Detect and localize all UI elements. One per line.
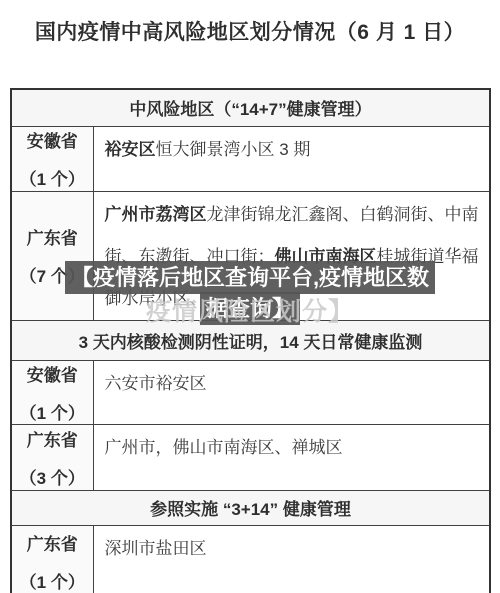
area-text: 广州市，佛山市南海区、禅城区 [105,438,343,457]
area-text: 六安市裕安区 [105,374,207,393]
areas-cell: 广州市，佛山市南海区、禅城区 [93,424,490,490]
province-count: （1 个） [14,165,91,190]
area-text: 深圳市盐田区 [105,539,207,558]
areas-cell: 六安市裕安区 [93,360,490,424]
province-name: 安徽省 [14,127,91,152]
province-count: （1 个） [14,568,91,593]
table-row: 安徽省（1 个）裕安区恒大御景湾小区 3 期 [11,126,490,191]
risk-area-table: 中风险地区（“14+7”健康管理）安徽省（1 个）裕安区恒大御景湾小区 3 期广… [10,88,491,593]
page: 国内疫情中高风险地区划分情况（6 月 1 日） 中风险地区（“14+7”健康管理… [0,0,500,593]
risk-table-body: 中风险地区（“14+7”健康管理）安徽省（1 个）裕安区恒大御景湾小区 3 期广… [11,89,490,593]
areas-cell: 裕安区恒大御景湾小区 3 期 [93,126,490,191]
watermark-text: 【疫情落后地区查询平台,疫情地区数据查询】 [65,261,435,325]
province-cell: 安徽省（1 个） [11,126,93,191]
province-name: 广东省 [14,530,91,555]
area-text: 恒大御景湾小区 3 期 [156,140,311,159]
section-header-cell: 中风险地区（“14+7”健康管理） [11,89,490,126]
table-row: 安徽省（1 个）六安市裕安区 [11,360,490,424]
area-text: 裕安区 [105,140,156,159]
area-text: 广州市荔湾区 [105,205,207,224]
areas-cell: 深圳市盐田区 [93,525,490,593]
table-row: 广东省（1 个）深圳市盐田区 [11,525,490,593]
table-row: 广东省（3 个）广州市，佛山市南海区、禅城区 [11,424,490,490]
section-header-row: 中风险地区（“14+7”健康管理） [11,89,490,126]
section-header-cell: 参照实施 “3+14” 健康管理 [11,490,490,525]
province-cell: 广东省（1 个） [11,525,93,593]
section-header-row: 3 天内核酸检测阴性证明，14 天日常健康监测 [11,320,490,360]
section-header-row: 参照实施 “3+14” 健康管理 [11,490,490,525]
province-cell: 安徽省（1 个） [11,360,93,424]
page-title: 国内疫情中高风险地区划分情况（6 月 1 日） [0,16,500,46]
province-count: （3 个） [14,464,91,489]
province-name: 广东省 [14,224,91,249]
watermark-overlay: 【疫情落后地区查询平台,疫情地区数据查询】 [64,262,436,324]
province-name: 安徽省 [14,361,91,386]
section-header-cell: 3 天内核酸检测阴性证明，14 天日常健康监测 [11,320,490,360]
province-cell: 广东省（3 个） [11,424,93,490]
province-name: 广东省 [14,426,91,451]
province-count: （1 个） [14,399,91,424]
